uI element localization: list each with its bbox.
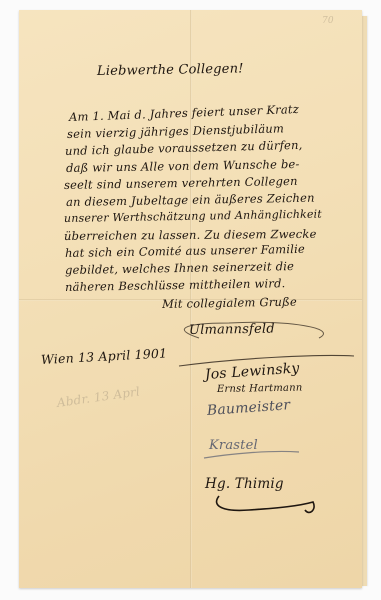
body-line: überreichen zu lassen. Zu diesem Zwecke: [64, 227, 317, 243]
closing: Mit collegialem Gruße: [162, 295, 297, 311]
scan-canvas: 70 Liebwerthe Collegen! Am 1. Mai d. Jah…: [0, 0, 381, 600]
body-line: unserer Werthschätzung und Anhänglichkei…: [64, 207, 322, 225]
body-line: sein vierzig jähriges Dienstjubiläum: [67, 121, 284, 141]
body-line: hat sich ein Comité aus unserer Familie: [65, 242, 305, 260]
letter-sheet: 70 Liebwerthe Collegen! Am 1. Mai d. Jah…: [19, 10, 362, 588]
signature: Ulmannsfeld: [189, 322, 275, 338]
body-line: an diesem Jubeltage ein äußeres Zeichen: [66, 191, 315, 209]
salutation: Liebwerthe Collegen!: [97, 61, 244, 79]
signature-flourish: [209, 490, 329, 520]
signature-underline: [199, 444, 309, 464]
body-line: näheren Beschlüsse mittheilen wird.: [65, 276, 286, 294]
body-line: seelt sind unserem verehrten Collegen: [64, 174, 298, 192]
page-number: 70: [322, 16, 334, 26]
body-line: Am 1. Mai d. Jahres feiert unser Kratz: [69, 102, 299, 124]
place-date: Wien 13 April 1901: [41, 345, 168, 367]
body-line: gebildet, welches Ihnen seinerzeit die: [65, 259, 294, 277]
body-line: daß wir uns Alle von dem Wunsche be-: [66, 157, 300, 175]
body-line: und ich glaube voraussetzen zu dürfen,: [65, 138, 303, 158]
signature: Baumeister: [206, 397, 290, 419]
pencil-note: Abdr. 13 Aprl: [56, 384, 141, 410]
signature: Ernst Hartmann: [217, 383, 303, 395]
